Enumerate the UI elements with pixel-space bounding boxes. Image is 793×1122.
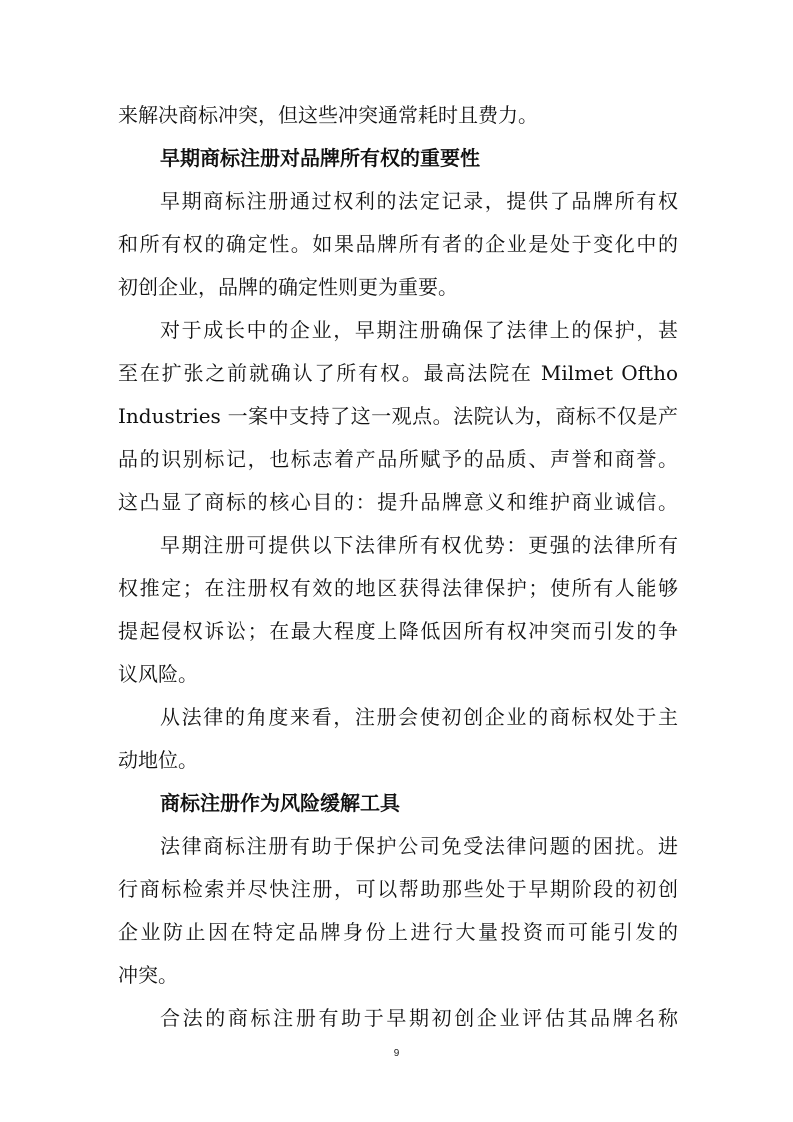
paragraph-line: 行商标检索并尽快注册，可以帮助那些处于早期阶段的初创 [118, 877, 678, 901]
paragraph-line: 合法的商标注册有助于早期初创企业评估其品牌名称 [160, 1006, 678, 1030]
paragraph-line: 法律商标注册有助于保护公司免受法律问题的困扰。进 [160, 834, 678, 858]
paragraph-line: 至在扩张之前就确认了所有权。最高法院在 Milmet Oftho [118, 361, 678, 385]
paragraph-line: 初创企业，品牌的确定性则更为重要。 [118, 275, 678, 299]
section-heading: 商标注册作为风险缓解工具 [160, 791, 400, 815]
paragraph-line: 对于成长中的企业，早期注册确保了法律上的保护，甚 [160, 318, 678, 342]
paragraph-line: 从法律的角度来看，注册会使初创企业的商标权处于主 [160, 705, 678, 729]
paragraph-line: 早期商标注册通过权利的法定记录，提供了品牌所有权 [160, 189, 678, 213]
paragraph-line: 这凸显了商标的核心目的：提升品牌意义和维护商业诚信。 [118, 490, 678, 514]
section-heading: 早期商标注册对品牌所有权的重要性 [160, 146, 480, 170]
paragraph-line: 提起侵权诉讼；在最大程度上降低因所有权冲突而引发的争 [118, 619, 678, 643]
paragraph-line: Industries 一案中支持了这一观点。法院认为，商标不仅是产 [118, 404, 678, 428]
paragraph-line: 企业防止因在特定品牌身份上进行大量投资而可能引发的 [118, 920, 678, 944]
paragraph-line: 来解决商标冲突，但这些冲突通常耗时且费力。 [118, 103, 678, 127]
paragraph-line: 议风险。 [118, 662, 678, 686]
paragraph-line: 权推定；在注册权有效的地区获得法律保护；使所有人能够 [118, 576, 678, 600]
paragraph-line: 冲突。 [118, 963, 678, 987]
paragraph-line: 品的识别标记，也标志着产品所赋予的品质、声誉和商誉。 [118, 447, 678, 471]
paragraph-line: 和所有权的确定性。如果品牌所有者的企业是处于变化中的 [118, 232, 678, 256]
paragraph-line: 动地位。 [118, 748, 678, 772]
paragraph-line: 早期注册可提供以下法律所有权优势：更强的法律所有 [160, 533, 678, 557]
page-number: 9 [0, 1048, 793, 1059]
